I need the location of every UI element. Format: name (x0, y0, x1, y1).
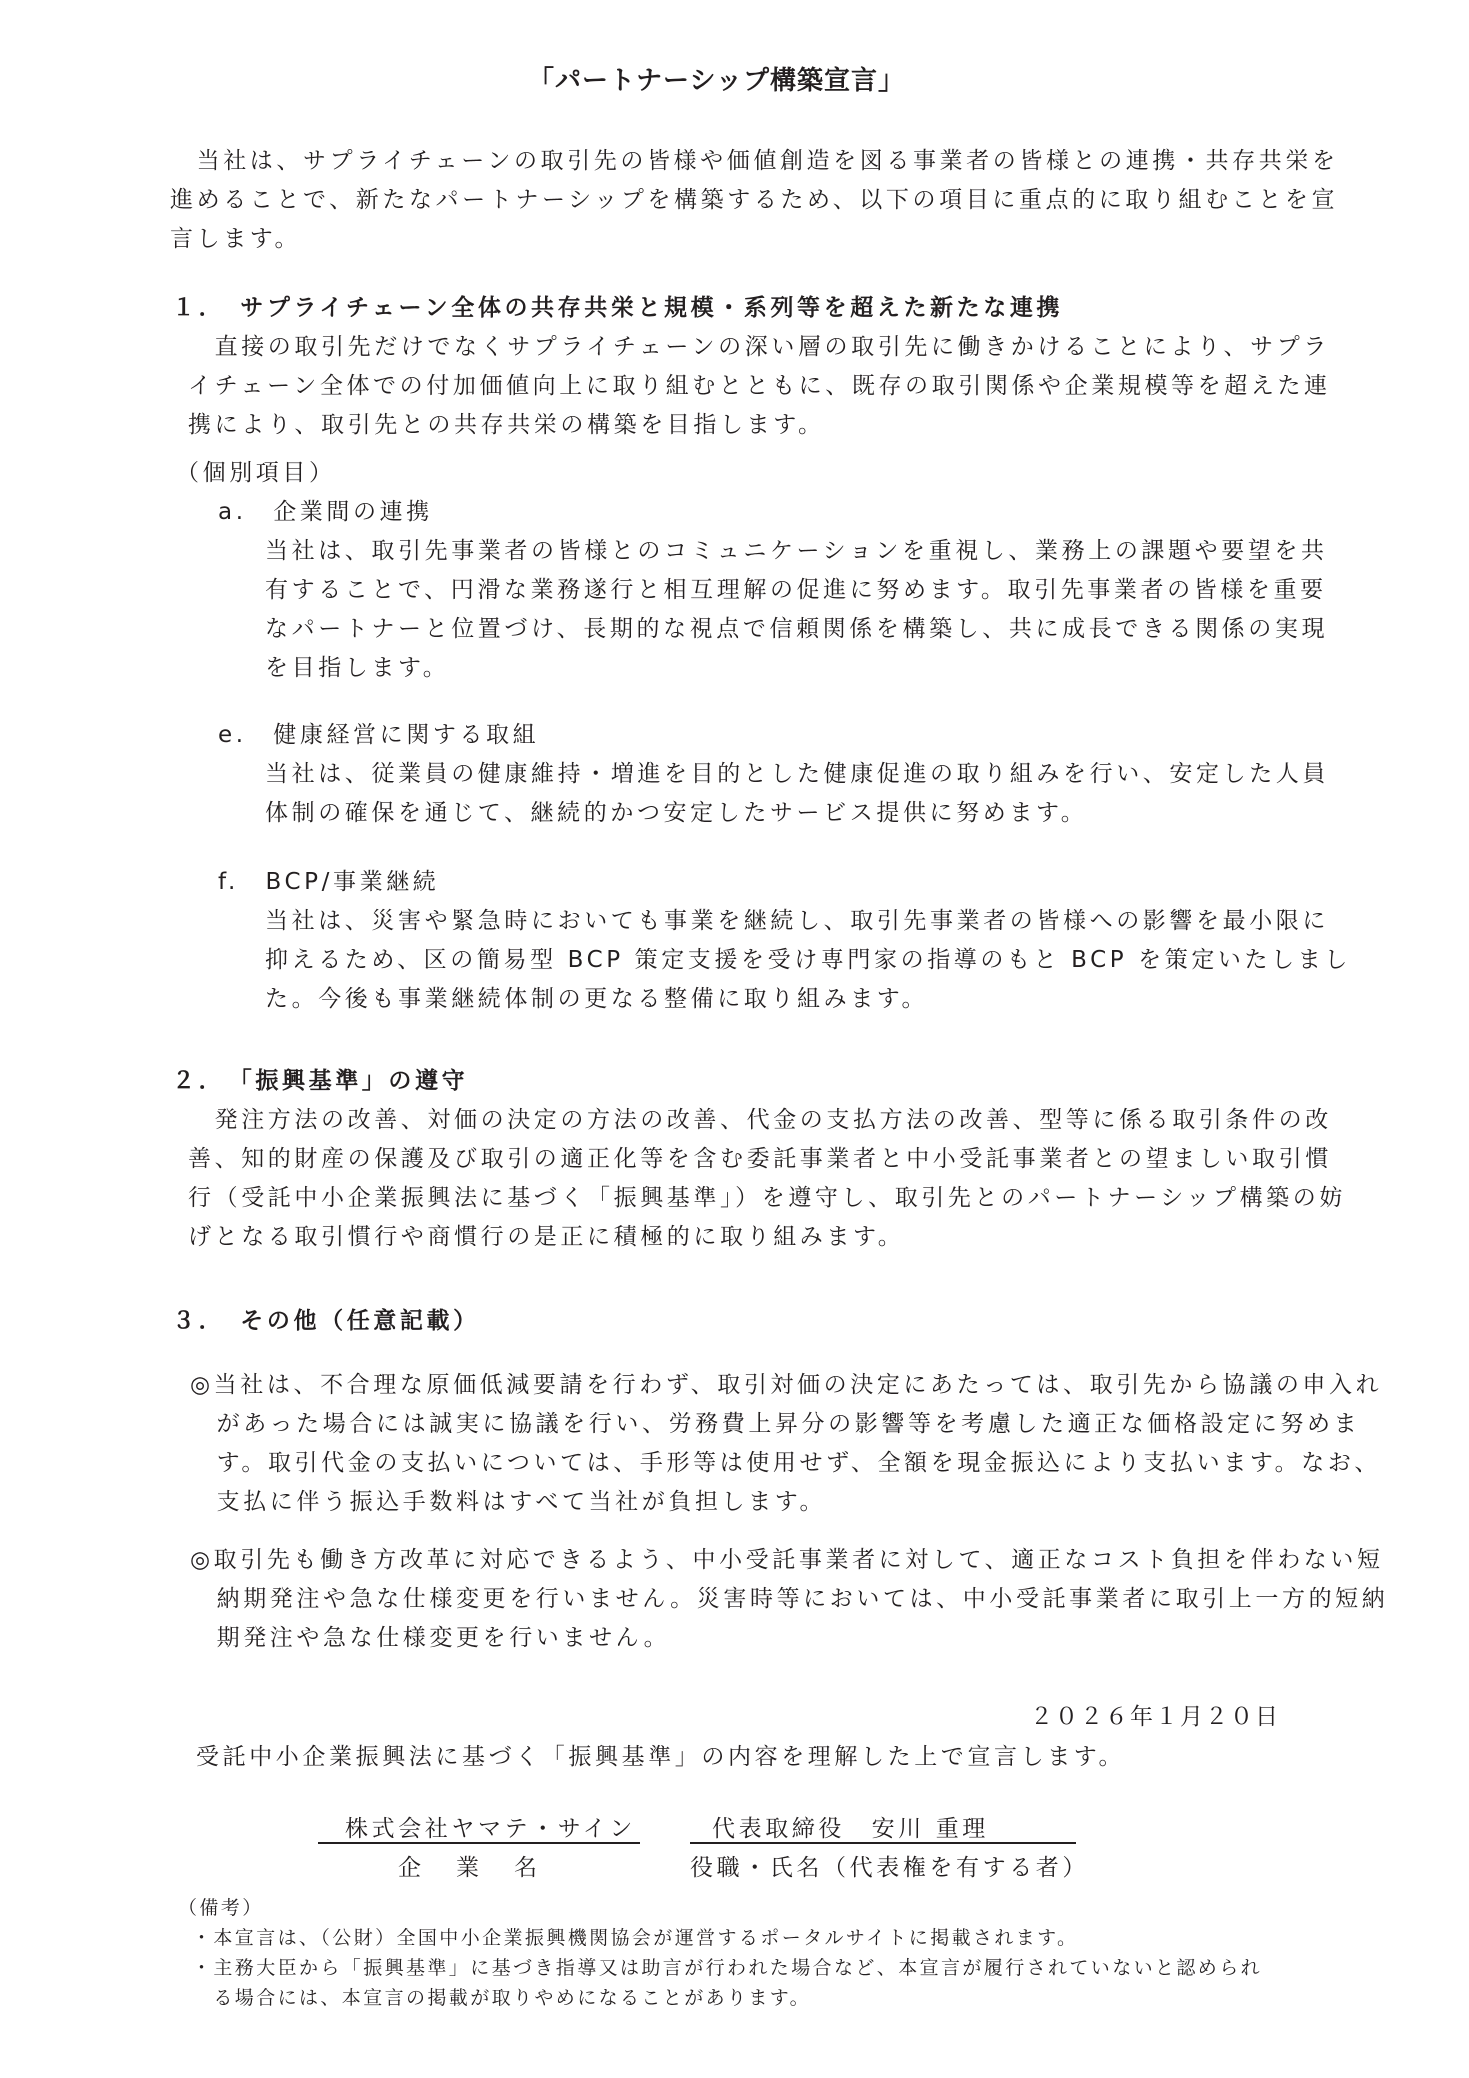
section-1-heading: １． サプライチェーン全体の共存共栄と規模・系列等を超えた新たな連携 (172, 293, 1063, 323)
remarks-item: る場合には、本宣言の掲載が取りやめになることがあります。 (192, 1985, 811, 2011)
item-e-body-line: 当社は、従業員の健康維持・増進を目的とした健康促進の取り組みを行い、安定した人員 (265, 759, 1329, 789)
remarks-item: ・主務大臣から「振興基準」に基づき指導又は助言が行われた場合など、本宣言が履行さ… (192, 1955, 1262, 1981)
item-a-body-line: なパートナーと位置づけ、長期的な視点で信頼関係を構築し、共に成長できる関係の実現 (265, 614, 1328, 644)
section-3-item-2-line: 納期発注や急な仕様変更を行いません。災害時等においては、中小受託事業者に取引上一… (190, 1584, 1388, 1614)
item-f-body-line: 抑えるため、区の簡易型 BCP 策定支援を受け専門家の指導のもと BCP を策定… (265, 945, 1351, 975)
intro-line: 言します。 (170, 224, 301, 254)
section-3-item-1-line: 支払に伴う振込手数料はすべて当社が負担します。 (190, 1487, 826, 1517)
section-2-heading: ２． 「振興基準」の遵守 (172, 1066, 468, 1096)
section-2-body-line: 行（受託中小企業振興法に基づく「振興基準」）を遵守し、取引先とのパートナーシップ… (188, 1183, 1346, 1213)
section-3-item-2-line: ◎取引先も働き方改革に対応できるよう、中小受託事業者に対して、適正なコスト負担を… (190, 1545, 1384, 1575)
declaration-statement: 受託中小企業振興法に基づく「振興基準」の内容を理解した上で宣言します。 (196, 1742, 1125, 1772)
company-name-label: 企 業 名 (398, 1853, 543, 1883)
section-3-item-1-line: す。取引代金の支払いについては、手形等は使用せず、全額を現金振込により支払います… (190, 1448, 1381, 1478)
item-f-label: f. BCP/事業継続 (218, 867, 439, 897)
section-1-body-line: イチェーン全体での付加価値向上に取り組むとともに、既存の取引関係や企業規模等を超… (188, 371, 1331, 401)
document-title: 「パートナーシップ構築宣言」 (528, 66, 905, 96)
item-f-body-line: た。今後も事業継続体制の更なる整備に取り組みます。 (265, 984, 928, 1014)
declaration-document: 「パートナーシップ構築宣言」 当社は、サプライチェーンの取引先の皆様や価値創造を… (0, 0, 1469, 2078)
declaration-date: ２０２６年１月２０日 (1030, 1702, 1280, 1732)
section-1-body-line: 直接の取引先だけでなくサプライチェーンの深い層の取引先に働きかけることにより、サ… (188, 332, 1330, 362)
section-1-body-line: 携により、取引先との共存共栄の構築を目指します。 (188, 410, 825, 440)
item-e-body-line: 体制の確保を通じて、継続的かつ安定したサービス提供に努めます。 (265, 798, 1087, 828)
section-2-body-line: 善、知的財産の保護及び取引の適正化等を含む委託事業者と中小受託事業者との望ましい… (188, 1144, 1332, 1174)
representative-name: 代表取締役 安川 重理 (712, 1814, 989, 1844)
individual-items-label: （個別項目） (176, 458, 336, 488)
intro-line: 当社は、サプライチェーンの取引先の皆様や価値創造を図る事業者の皆様との連携・共存… (170, 146, 1339, 176)
section-2-body-line: 発注方法の改善、対価の決定の方法の改善、代金の支払方法の改善、型等に係る取引条件… (188, 1105, 1332, 1135)
section-3-item-2-line: 期発注や急な仕様変更を行いません。 (190, 1623, 670, 1653)
intro-line: 進めることで、新たなパートナーシップを構築するため、以下の項目に重点的に取り組む… (170, 185, 1338, 215)
representative-underline (690, 1842, 1076, 1844)
remarks-item: ・本宣言は、（公財）全国中小企業振興機関協会が運営するポータルサイトに掲載されま… (192, 1925, 1078, 1951)
item-a-label: a. 企業間の連携 (218, 497, 433, 527)
section-3-item-1-line: があった場合には誠実に協議を行い、労務費上昇分の影響等を考慮した適正な価格設定に… (190, 1409, 1360, 1439)
item-e-label: e. 健康経営に関する取組 (218, 720, 539, 750)
item-a-body-line: 有することで、円滑な業務遂行と相互理解の促進に努めます。取引先事業者の皆様を重要 (265, 575, 1327, 605)
section-2-body-line: げとなる取引慣行や商慣行の是正に積極的に取り組みます。 (188, 1222, 904, 1252)
company-name-underline (318, 1842, 640, 1844)
section-3-item-1-line: ◎当社は、不合理な原価低減要請を行わず、取引対価の決定にあたっては、取引先から協… (190, 1370, 1382, 1400)
representative-label: 役職・氏名（代表権を有する者） (690, 1853, 1089, 1883)
item-f-body-line: 当社は、災害や緊急時においても事業を継続し、取引先事業者の皆様への影響を最小限に (265, 906, 1329, 936)
section-3-heading: ３． その他（任意記載） (172, 1306, 480, 1336)
remarks-label: （備考） (178, 1895, 264, 1921)
item-a-body-line: 当社は、取引先事業者の皆様とのコミュニケーションを重視し、業務上の課題や要望を共 (265, 536, 1328, 566)
item-a-body-line: を目指します。 (265, 653, 449, 683)
company-name: 株式会社ヤマテ・サイン (345, 1814, 636, 1844)
